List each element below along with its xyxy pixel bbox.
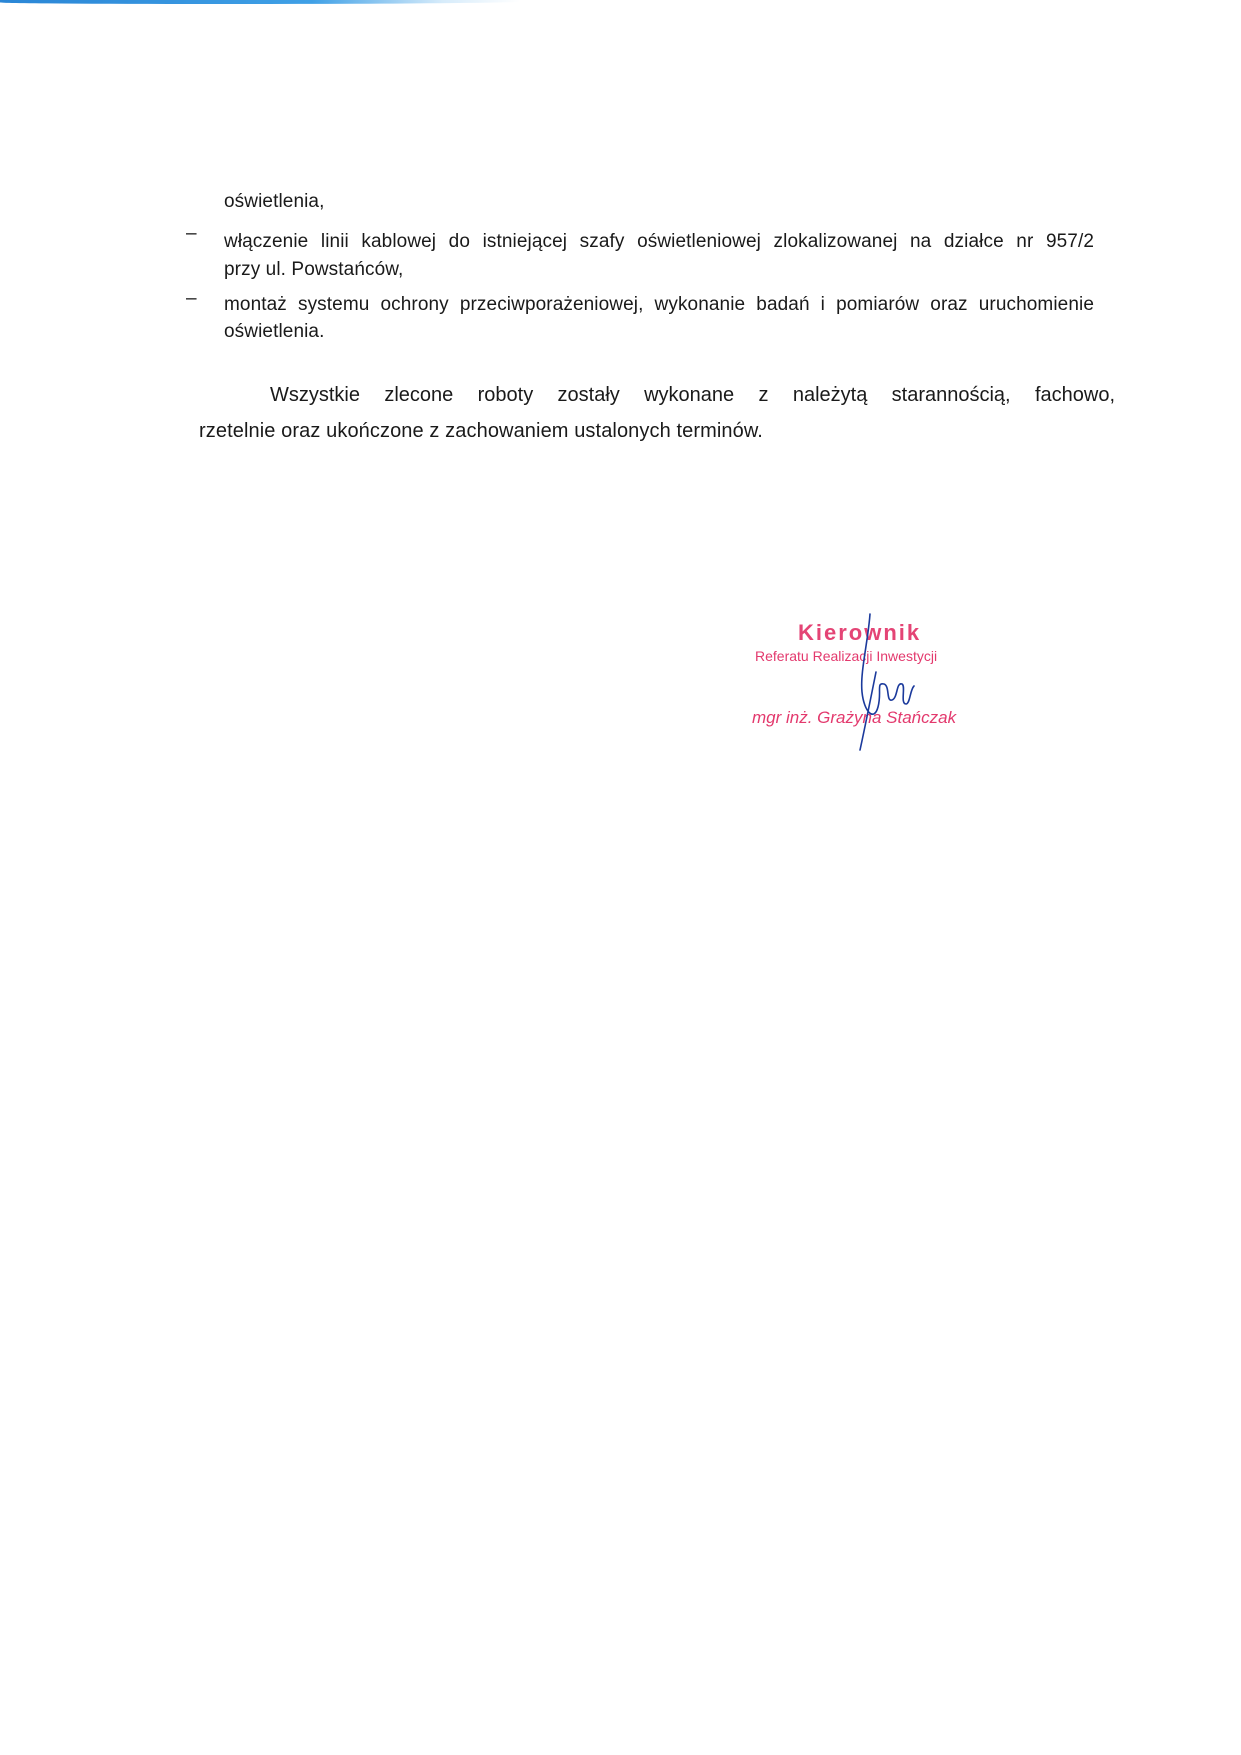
- document-page: oświetlenia, – włączenie linii kablowej …: [0, 0, 1241, 1755]
- closing-paragraph-line-2: rzetelnie oraz ukończone z zachowaniem u…: [199, 419, 763, 443]
- bullet-dash-icon: –: [186, 222, 197, 246]
- list-item-1-line-1: włączenie linii kablowej do istniejącej …: [224, 230, 1094, 254]
- list-item-2-line-1: montaż systemu ochrony przeciwporażeniow…: [224, 293, 1094, 317]
- list-item-2-line-2: oświetlenia.: [224, 320, 324, 344]
- official-stamp: Kierownik Referatu Realizacji Inwestycji…: [740, 620, 1000, 760]
- closing-paragraph-line-1: Wszystkie zlecone roboty zostały wykonan…: [270, 382, 1115, 408]
- bullet-dash-icon: –: [186, 287, 197, 311]
- list-item-1-line-2: przy ul. Powstańców,: [224, 258, 403, 282]
- list-continuation: oświetlenia,: [224, 190, 324, 214]
- signature-icon: [840, 612, 920, 752]
